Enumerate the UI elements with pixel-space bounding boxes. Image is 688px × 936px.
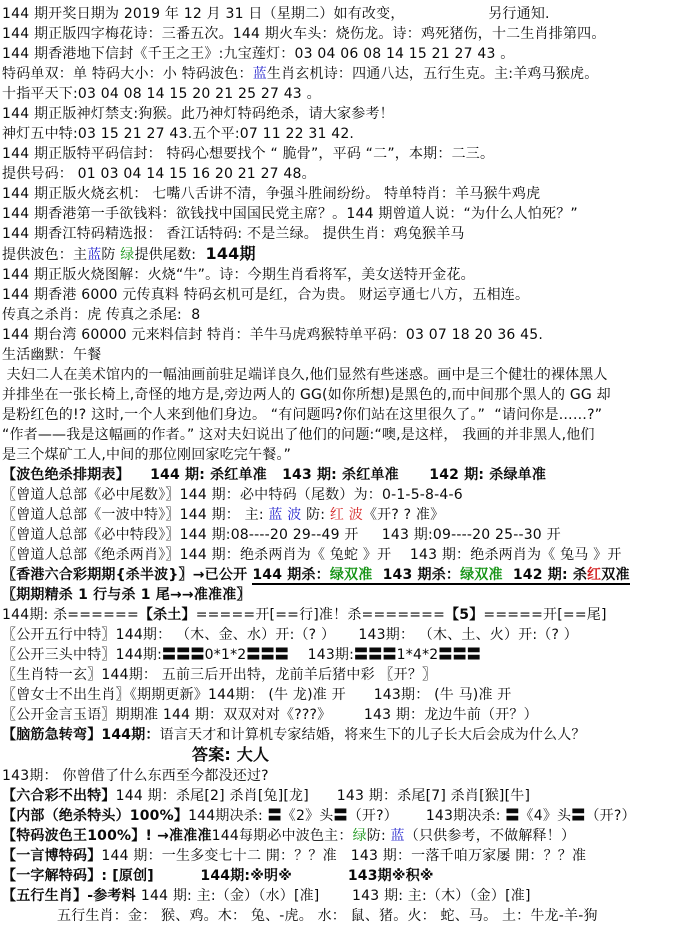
text-segment: 143 期杀： [372,567,460,585]
text-segment: 提供尾数: [134,247,205,263]
answer-line: 答案: 大人 [2,745,686,766]
madam-zeng-line: 〖曾女士不出生肖〗《期期更新》144期： (牛 龙)准 开 143期： (牛 马… [2,685,686,705]
text-segment: 〓〓〓 [162,647,205,663]
text-segment: 〖公开三头中特〗144期: [2,647,162,663]
text-segment: 144期 [206,244,256,263]
text-segment: 142 期: 杀 [503,567,587,585]
text-segment: 144 期台湾 60000 元来料信封 特肖：羊牛马虎鸡猴特单平码：03 07 … [2,327,543,343]
text-segment: 143期※积※ [348,868,434,884]
taiwan-line: 144 期台湾 60000 元来料信封 特肖：羊牛马虎鸡猴特单平码：03 07 … [2,325,686,345]
text-segment: 【脑筋急转弯】144期： [2,727,160,743]
zodiac-mystery-line: 〖生肖特一玄〗144期： 五前三后开出特，龙前羊后猪中彩 〖开？〗 [2,665,686,685]
text-segment: 144 期香港第一手欲钱料：欲钱找中国国民党主席？。144 期曾道人说：“为什么… [2,206,578,222]
text-segment: 143期: [289,647,354,663]
wave-king-line: 【特码波色王100%】! →准准准144每期必中波色主：绿防: 蓝（只供参考，不… [2,826,686,846]
text-segment: 【波色绝杀排期表】 144 期: 杀红单准 143 期: 杀红单准 142 期:… [2,467,546,483]
story-line-3: 是粉红色的!? 这时,一个人来到他们身边。 “有问题吗?你们站在这里很久了。” … [2,405,686,425]
text-segment: 夫妇二人在美术馆内的一幅油画前驻足端详良久,他们显然有些迷惑。画中是三个健壮的裸… [2,367,608,383]
text-segment: 语言天才和计算机专家结婚，将来生下的儿子长大后会成为什么人？ [160,727,586,743]
text-segment [154,868,201,884]
text-segment: 防 [101,247,120,263]
three-head-line: 〖公开三头中特〗144期:〓〓〓0*1*2〓〓〓 143期:〓〓〓1*4*2〓〓… [2,645,686,665]
five-element-line: 〖公开五行中特〗144期： （木、金、水）开:（? ） 143期： （木、土、火… [2,625,686,645]
one-word-bet-line: 【一言博特码】144 期：一生多变七十二 開：？？准 143 期：一落千咱万家屡… [2,846,686,866]
text-segment: 144 期香港 6000 元传真料 特码玄机可是红，合为贵。 财运亨通七八方，五… [2,287,529,303]
envelope-line: 144 期香港地下信封《千王之王》:九宝莲灯：03 04 06 08 14 15… [2,44,686,64]
blue-text-segment: 蓝 [87,247,101,263]
text-segment: 144期决杀: [188,808,268,824]
text-segment [292,868,348,884]
plum-poem-line: 144 期正版四字梅花诗：三番五次。144 期火车头：烧伤龙。诗：鸡死猪伤，十二… [2,24,686,44]
green-text-segment: 绿 [120,247,134,263]
text-segment: 〖公开五行中特〗144期： （木、金、水）开:（? ） 143期： （木、土、火… [2,627,578,643]
text-segment: 〓 [571,808,585,824]
precise-kill-line: 〖期期精杀 1 行与杀 1 尾→→准准准〗 [2,585,686,605]
fax-kill-line: 传真之杀肖：虎 传真之杀尾: 8 [2,305,686,325]
fire-diagram-line: 144 期正版火烧图解：火烧“牛”。诗：今期生肖看将军，美女送特开金花。 [2,265,686,285]
text-segment: 144 期正版火烧图解：火烧“牛”。诗：今期生肖看将军，美女送特开金花。 [2,267,475,283]
text-segment: 是三个煤矿工人,中间的那位刚回家吃完午餐。” [2,447,291,463]
text-segment: 144 期香江特码精选报： 香江话特码: 不是兰绿。 提供生肖：鸡兔猴羊马 [2,226,465,242]
text-segment: 〖曾道人总部《绝杀两肖》〗144 期：绝杀两肖为《 兔蛇 》开 143 期：绝杀… [2,547,622,563]
xiangjiang-line: 144 期香江特码精选报： 香江话特码: 不是兰绿。 提供生肖：鸡兔猴羊马 [2,224,686,244]
text-segment: 144 期正版火烧玄机： 七嘴八舌讲不清，争强斗胜闹纷纷。 特单特肖：羊马猴牛鸡… [2,186,540,202]
text-segment: 〓〓〓 [246,647,289,663]
one-char-solve-line: 【一字解特码】: [原创] 144期:※明※ 143期※积※ [2,866,686,886]
fax-line: 144 期香港 6000 元传真料 特码玄机可是红，合为贵。 财运亨通七八方，五… [2,285,686,305]
text-segment: 143期： 你曾借了什么东西至今都没还过? [2,768,269,784]
red-text-segment: 红 波 [330,507,363,523]
text-segment: 并排坐在一张长椅上,奇怪的地方是,旁边两人的 GG(如你所想)是黑色的,而中间那… [2,387,611,403]
provided-numbers-line: 提供号码： 01 03 04 14 15 16 20 21 27 48。 [2,164,686,184]
text-segment: 是粉红色的!? 这时,一个人来到他们身边。 “有问题吗?你们站在这里很久了。” … [2,407,602,423]
text-segment: 〖曾道人总部《必中特段》〗144 期:08----20 29--49 开 143… [2,527,561,543]
special-flat-line: 144 期正版特平码信封： 特码心想要找个 “ 脆骨”，平码 “二”，本期：二三… [2,144,686,164]
text-segment: 144 期正版特平码信封： 特码心想要找个 “ 脆骨”，平码 “二”，本期：二三… [2,146,494,162]
blue-text-segment: 蓝 [391,828,405,844]
text-segment: 144 期：一生多变七十二 開：？？准 143 期：一落千咱万家屡 開：？？准 [101,848,586,864]
golden-words-line: 〖公开金言玉语〗期期准 144 期：双双对对《???》 143 期：龙边牛前（开… [2,705,686,725]
text-segment: 提供号码： 01 03 04 14 15 16 20 21 27 48。 [2,166,316,182]
text-segment: 神灯五中特:03 15 21 27 43.五个平:07 11 22 31 42. [2,126,354,142]
text-segment: 144 期: 主:（金）（水）[准] 143 期: 主:（木）（金）[准] [141,888,531,904]
text-segment: 提供波色：主 [2,247,87,263]
green-text-segment: 绿双准 [330,567,373,585]
text-segment: 【杀土】 [139,607,196,623]
five-element-zodiac-line: 【五行生肖】-参考料 144 期: 主:（金）（水）[准] 143 期: 主:（… [2,886,686,906]
text-segment: 【内部（绝杀特头）100%】 [2,808,188,824]
text-segment: 答案: 大人 [192,745,269,764]
zengdaoren-wave-line: 〖曾道人总部《一波中特》〗144 期： 主: 蓝 波 防: 红 波《开? ? 准… [2,505,686,525]
text-segment: 〖香港六合彩期期{杀半波}〗→已公开 [2,567,252,583]
zengdaoren-tail-line: 〖曾道人总部《必中尾数》〗144 期：必中特码（尾数）为：0-1-5-8-4-6 [2,485,686,505]
text-segment: 144期:※明※ [200,868,292,884]
text-segment: 〖曾女士不出生肖〗《期期更新》144期： (牛 龙)准 开 143期： (牛 马… [2,687,512,703]
story-line-4: “作者——我是这幅画的作者。” 这对夫妇说出了他们的问题:“噢,是这样， 我画的… [2,425,686,445]
brain-teaser-line: 【脑筋急转弯】144期：语言天才和计算机专家结婚，将来生下的儿子长大后会成为什么… [2,725,686,745]
text-segment: 〖曾道人总部《一波中特》〗144 期： 主: [2,507,268,523]
text-segment: 十指平天下:03 04 08 14 15 20 21 25 27 43 。 [2,86,321,102]
text-segment: 〖曾道人总部《必中尾数》〗144 期：必中特码（尾数）为：0-1-5-8-4-6 [2,487,463,503]
kill-head-line: 【内部（绝杀特头）100%】144期决杀: 〓《2》头〓（开?） 143期决杀:… [2,806,686,826]
green-text-segment: 绿双准 [460,567,503,585]
text-segment: 防: [367,828,391,844]
text-segment: （只供参考，不做解释！） [405,828,575,844]
lamp-numbers-line: 神灯五中特:03 15 21 27 43.五个平:07 11 22 31 42. [2,124,686,144]
text-segment: 〓 [505,808,519,824]
wave-kill-schedule-line: 【波色绝杀排期表】 144 期: 杀红单准 143 期: 杀红单准 142 期:… [2,465,686,485]
text-segment: 144 期香港地下信封《千王之王》:九宝莲灯：03 04 06 08 14 15… [2,46,514,62]
text-segment: 144 期开奖日期为 2019 年 12 月 31 日（星期二）如有改变， 另行… [2,6,550,22]
text-segment: 〖生肖特一玄〗144期： 五前三后开出特，龙前羊后猪中彩 〖开？〗 [2,667,436,683]
text-segment: 〖公开金言玉语〗期期准 144 期：双双对对《???》 143 期：龙边牛前（开… [2,707,538,723]
text-segment: 〓 [268,808,282,824]
story-line-2: 并排坐在一张长椅上,奇怪的地方是,旁边两人的 GG(如你所想)是黑色的,而中间那… [2,385,686,405]
story-line-1: 夫妇二人在美术馆内的一幅油画前驻足端详良久,他们显然有些迷惑。画中是三个健壮的裸… [2,365,686,385]
text-segment: 〓〓〓 [354,647,397,663]
fire-mystery-line: 144 期正版火烧玄机： 七嘴八舌讲不清，争强斗胜闹纷纷。 特单特肖：羊马猴牛鸡… [2,184,686,204]
text-segment: 144 期正版神灯禁支:狗猴。此乃神灯特码绝杀，请大家参考！ [2,106,394,122]
wave-color-line: 提供波色：主蓝防 绿提供尾数: 144期 [2,244,686,265]
text-segment: 五行生肖：金： 猴、鸡。木： 兔、-虎。 水： 鼠、猪。火： 蛇、马。 土：牛龙… [57,908,598,924]
text-segment: 【六合彩不出特】 [2,788,116,804]
text-segment: 【五行生肖】-参考料 [2,888,141,904]
text-segment: 防: [301,507,329,523]
teaser-143-line: 143期： 你曾借了什么东西至今都没还过? [2,766,686,786]
zengdaoren-segment-line: 〖曾道人总部《必中特段》〗144 期:08----20 29--49 开 143… [2,525,686,545]
text-segment: 〖期期精杀 1 行与杀 1 尾→→准准准〗 [2,587,251,603]
humor-title-line: 生活幽默：午餐 [2,345,686,365]
text-segment: 传真之杀肖：虎 传真之杀尾: 8 [2,307,200,323]
lamp-line: 144 期正版神灯禁支:狗猴。此乃神灯特码绝杀，请大家参考！ [2,104,686,124]
no-special-line: 【六合彩不出特】144 期：杀尾[2] 杀肖[兔][龙] 143 期：杀尾[7]… [2,786,686,806]
story-line-5: 是三个煤矿工人,中间的那位刚回家吃完午餐。” [2,445,686,465]
text-segment: 《开? ? 准》 [363,507,444,523]
text-segment: =====开[==尾] [483,607,606,623]
text-segment: 特码单双：单 特码大小：小 特码波色： [2,66,253,82]
blue-text-segment: 蓝 波 [268,507,301,523]
text-segment: 144每期必中波色主： [212,828,353,844]
text-segment: 144 期正版四字梅花诗：三番五次。144 期火车头：烧伤龙。诗：鸡死猪伤，十二… [2,26,606,42]
zengdaoren-two-zodiac-line: 〖曾道人总部《绝杀两肖》〗144 期：绝杀两肖为《 兔蛇 》开 143 期：绝杀… [2,545,686,565]
odd-even-line: 特码单双：单 特码大小：小 特码波色：蓝生肖玄机诗：四通八达，五行生克。主:羊鸡… [2,64,686,84]
text-segment: 双准 [601,567,629,585]
text-segment: “作者——我是这幅画的作者。” 这对夫妇说出了他们的问题:“噢,是这样， 我画的… [2,427,595,443]
numbers-line: 十指平天下:03 04 08 14 15 20 21 25 27 43 。 [2,84,686,104]
text-segment: 《2》头 [282,808,334,824]
text-segment: （开?） 143期决杀: [348,808,506,824]
blue-text-segment: 蓝 [253,66,267,82]
green-text-segment: 绿 [353,828,367,844]
text-segment: 144 期：杀尾[2] 杀肖[兔][龙] 143 期：杀尾[7] 杀肖[猴][牛… [116,788,531,804]
text-segment: 生活幽默：午餐 [2,347,101,363]
text-segment: 144期: 杀====== [2,607,139,623]
text-segment: （开?） [585,808,635,824]
kill-row-line: 144期: 杀======【杀土】=====开[==行]准！杀=======【5… [2,605,686,625]
money-line: 144 期香港第一手欲钱料：欲钱找中国国民党主席？。144 期曾道人说：“为什么… [2,204,686,224]
text-segment: 【一字解特码】: [原创] [2,868,154,884]
text-segment: 【一言博特码】 [2,848,101,864]
text-segment: 〓〓〓 [438,647,481,663]
five-element-map-line: 五行生肖：金： 猴、鸡。木： 兔、-虎。 水： 鼠、猪。火： 蛇、马。 土：牛龙… [2,906,686,926]
text-segment: 0*1*2 [205,647,247,663]
text-segment: =====开[==行]准！杀======= [196,607,445,623]
text-segment: 生肖玄机诗：四通八达，五行生克。主:羊鸡马猴虎。 [267,66,599,82]
text-segment: 1*4*2 [397,647,439,663]
lottery-tip-sheet-document: 144 期开奖日期为 2019 年 12 月 31 日（星期二）如有改变， 另行… [0,0,688,926]
half-wave-kill-line: 〖香港六合彩期期{杀半波}〗→已公开 144 期杀：绿双准 143 期杀：绿双准… [2,565,686,585]
draw-date-line: 144 期开奖日期为 2019 年 12 月 31 日（星期二）如有改变， 另行… [2,4,686,24]
red-text-segment: 红 [587,567,601,585]
text-segment: 《4》头 [520,808,572,824]
text-segment: 144 期杀： [252,567,330,585]
text-segment: 【5】 [445,607,483,623]
text-segment: 〓 [333,808,347,824]
text-segment: 【特码波色王100%】! →准准准 [2,828,212,844]
